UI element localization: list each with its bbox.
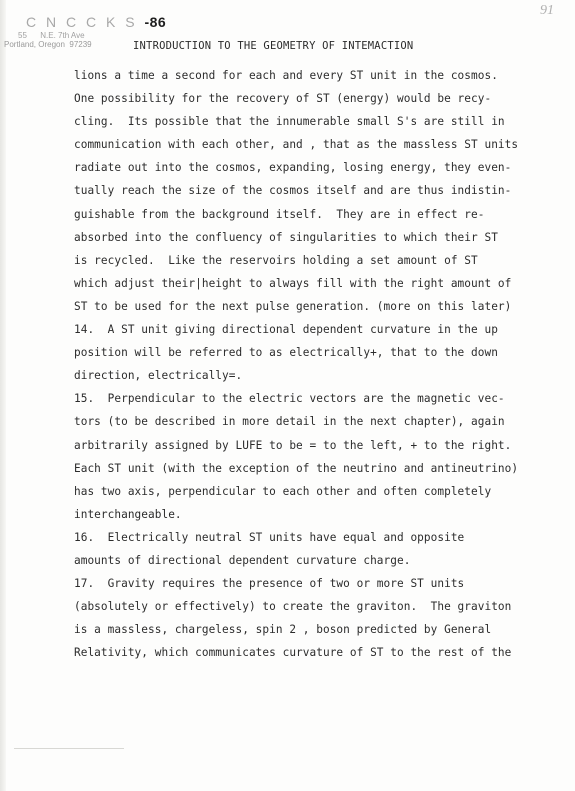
stamp-address-line1: 55 N.E. 7th Ave [18,31,85,40]
text-line: tors (to be described in more detail in … [74,410,544,433]
text-line: Relativity, which communicates curvature… [74,641,544,664]
text-line: Each ST unit (with the exception of the … [74,457,544,480]
page-edge-shadow [0,0,6,791]
text-line: (absolutely or effectively) to create th… [74,595,544,618]
stamp-code: C N C C K S -86 [26,14,166,30]
text-line: 14. A ST unit giving directional depende… [74,318,544,341]
text-line: direction, electrically=. [74,364,544,387]
text-line: cling. Its possible that the innumerable… [74,110,544,133]
text-line: ST to be used for the next pulse generat… [74,295,544,318]
text-line: communication with each other, and , tha… [74,133,544,156]
stamp-code-faint: C N C C K S [26,14,138,30]
text-line: interchangeable. [74,503,544,526]
body-text: lions a time a second for each and every… [74,64,544,664]
bottom-scan-rule [14,748,124,749]
text-line: lions a time a second for each and every… [74,64,544,87]
text-line: absorbed into the confluency of singular… [74,226,544,249]
stamp-code-handwritten: -86 [144,14,166,30]
text-line: amounts of directional dependent curvatu… [74,549,544,572]
page-number: 91 [540,3,554,19]
text-line: guishable from the background itself. Th… [74,203,544,226]
text-line: 15. Perpendicular to the electric vector… [74,387,544,410]
document-page: C N C C K S -86 55 N.E. 7th Ave Portland… [0,0,575,791]
text-line: is recycled. Like the reservoirs holding… [74,249,544,272]
text-line: which adjust their|height to always fill… [74,272,544,295]
text-line: 17. Gravity requires the presence of two… [74,572,544,595]
text-line: 16. Electrically neutral ST units have e… [74,526,544,549]
text-line: radiate out into the cosmos, expanding, … [74,156,544,179]
text-line: is a massless, chargeless, spin 2 , boso… [74,618,544,641]
text-line: One possibility for the recovery of ST (… [74,87,544,110]
text-line: tually reach the size of the cosmos itse… [74,179,544,202]
page-title: INTRODUCTION TO THE GEOMETRY OF INTEMACT… [133,40,413,52]
text-line: has two axis, perpendicular to each othe… [74,480,544,503]
stamp-address-line2: Portland, Oregon 97239 [4,40,92,49]
text-line: position will be referred to as electric… [74,341,544,364]
text-line: arbitrarily assigned by LUFE to be = to … [74,434,544,457]
